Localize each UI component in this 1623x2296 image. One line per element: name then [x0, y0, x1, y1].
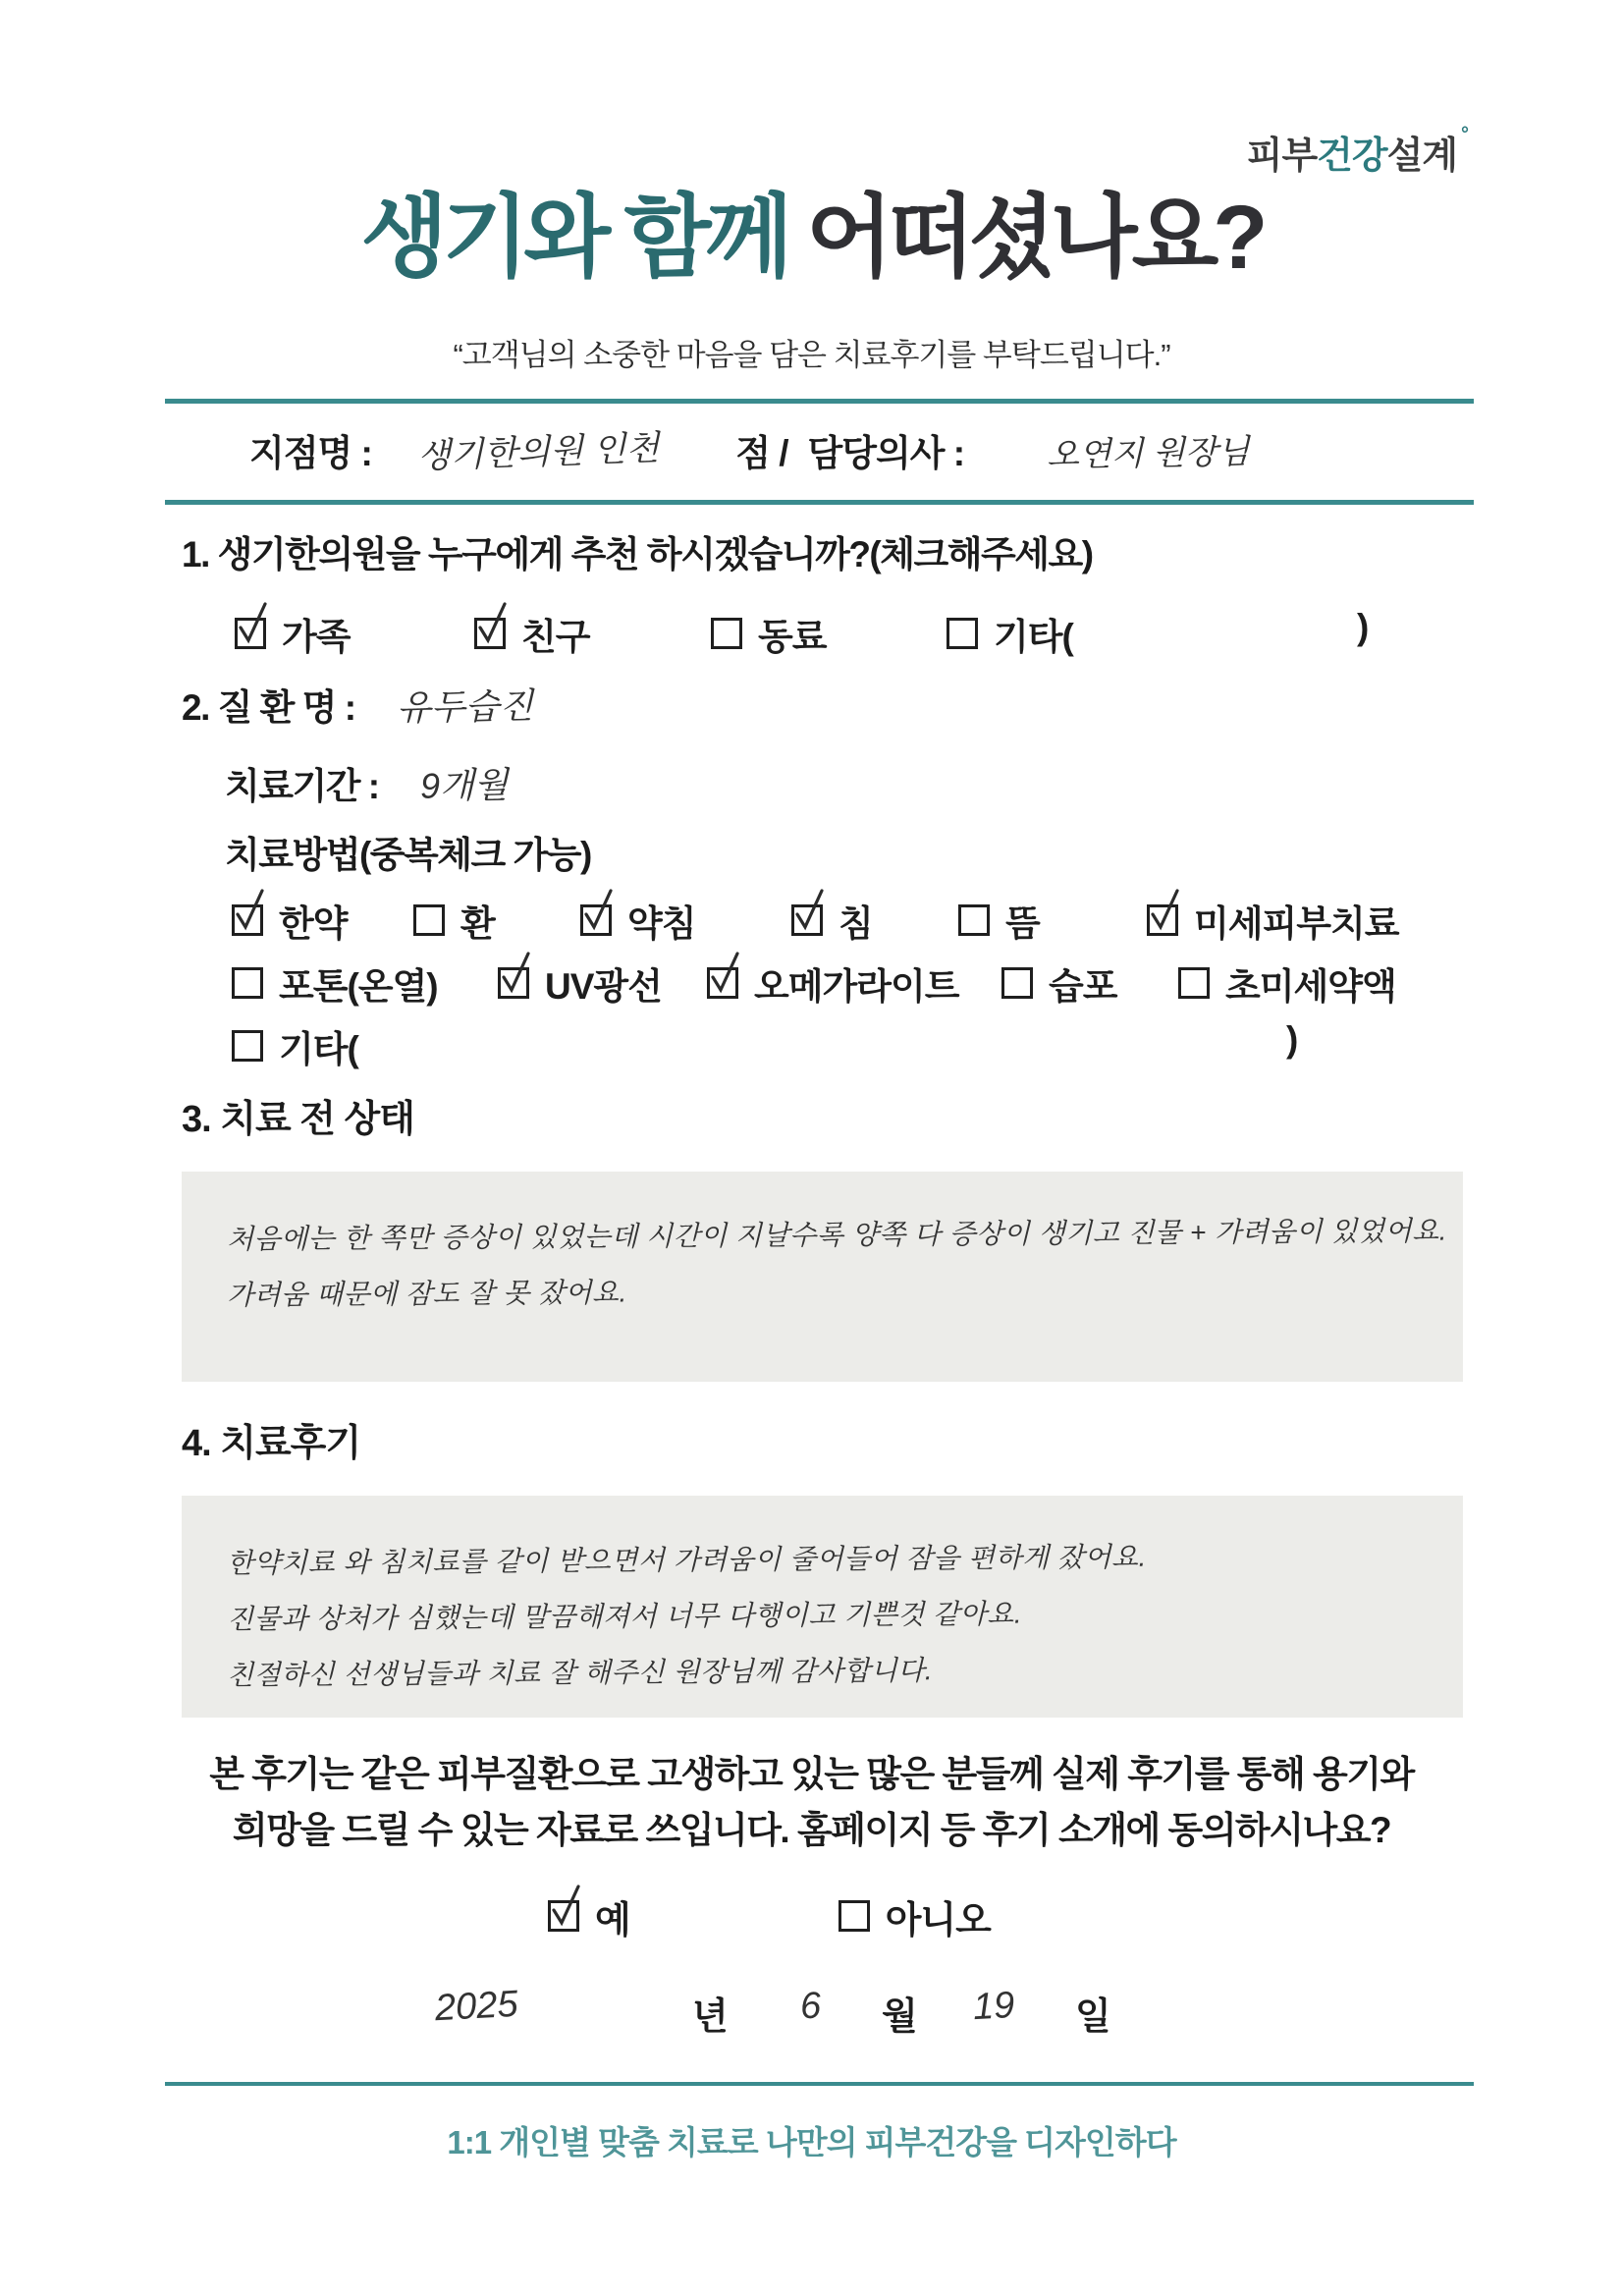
check-mark-icon: [234, 599, 269, 646]
checkbox: [232, 967, 263, 999]
checkbox: [958, 904, 990, 936]
checkbox-label: 기타(: [994, 607, 1073, 660]
checkbox-option: 기타(: [947, 607, 1073, 660]
treatment-methods-row-1: 한약 환 약침: [182, 894, 1466, 958]
checkbox-label: 초미세약액: [1225, 957, 1396, 1010]
page-subtitle: “고객님의 소중한 마음을 담은 치료후기를 부탁드립니다.”: [0, 330, 1623, 374]
checkbox-option: 침: [791, 894, 873, 947]
handwritten-line: 처음에는 한 쪽만 증상이 있었는데 시간이 지날수록 양쪽 다 증상이 생기고…: [227, 1203, 1418, 1267]
checkbox-label: 아니오: [886, 1889, 991, 1943]
checkbox-label: 가족: [282, 607, 350, 660]
checkbox: [1147, 904, 1178, 936]
checkbox: [232, 904, 263, 936]
checkbox-label: 포톤(온열): [279, 957, 438, 1010]
pre-treatment-answer-box: 처음에는 한 쪽만 증상이 있었는데 시간이 지날수록 양쪽 다 증상이 생기고…: [182, 1172, 1463, 1382]
date-day-handwritten: 19: [972, 1985, 1015, 2029]
checkbox: [1178, 967, 1210, 999]
doctor-label: 담당의사 :: [808, 423, 965, 476]
checkbox-label: 환: [460, 894, 495, 947]
checkbox: [474, 618, 506, 649]
doctor-name-handwritten: 오연지 원장님: [1047, 424, 1250, 476]
checkbox-option: 습포: [1001, 957, 1116, 1010]
page-title-teal: 생기와 함께: [360, 188, 786, 288]
checkbox: [711, 618, 742, 649]
checkbox-label: 침: [839, 894, 873, 947]
checkbox-label: 한약: [279, 894, 347, 947]
checkbox-label: 예: [595, 1889, 630, 1943]
disease-name-label: 2. 질 환 명 :: [182, 678, 355, 731]
question-2-disease: 2. 질 환 명 : 유두습진 치료기간 : 9개월 치료방법(중복체크 가능)…: [182, 678, 1466, 1090]
check-mark-icon: [497, 949, 532, 996]
question-4-review: 4. 치료후기 한약치료 와 침치료를 같이 받으면서 가려움이 줄어들어 잠을…: [182, 1412, 1463, 1718]
date-month-label: 월: [882, 1986, 918, 2040]
question-1-recommend: 1. 생기한의원을 누구에게 추천 하시겠습니까?(체크해주세요) ) 가족 친…: [182, 524, 1466, 672]
logo-part-1: 피부: [1247, 136, 1317, 177]
checkbox-option: 예: [548, 1884, 630, 1948]
checkbox-option: 한약: [232, 894, 347, 947]
treatment-methods-row-2: 포톤(온열) UV광선 오메가라이트: [182, 957, 1466, 1021]
checkbox: [947, 618, 978, 649]
handwritten-line: 친절하신 선생님들과 치료 잘 해주신 원장님께 감사합니다.: [227, 1639, 1418, 1703]
checkbox-option: 미세피부치료: [1147, 894, 1398, 947]
checkbox-label: 습포: [1049, 957, 1116, 1010]
handwritten-line: 가려움 때문에 잠도 잘 못 잤어요.: [227, 1259, 1418, 1323]
logo-degree-mark: °: [1461, 124, 1468, 145]
checkbox-label: 뜸: [1005, 894, 1040, 947]
checkbox-label: 동료: [758, 607, 826, 660]
etc-close-paren: ): [1357, 607, 1369, 648]
checkbox: [548, 1900, 579, 1932]
treatment-methods-label: 치료방법(중복체크 가능): [225, 825, 591, 878]
branch-doctor-row: 지점명 : 생기한의원 인천 점 / 담당의사 : 오연지 원장님: [165, 399, 1474, 505]
brand-logo: 피부건강설계°: [1247, 124, 1468, 179]
date-year-handwritten: 2025: [434, 1984, 519, 2030]
checkbox-option: 약침: [580, 894, 695, 947]
checkbox-option: 뜸: [958, 894, 1040, 947]
checkbox: [839, 1900, 870, 1932]
review-answer-box: 한약치료 와 침치료를 같이 받으면서 가려움이 줄어들어 잠을 편하게 잤어요…: [182, 1496, 1463, 1718]
checkbox-option: 아니오: [839, 1884, 991, 1948]
checkbox-label: UV광선: [545, 957, 662, 1010]
treatment-period-label: 치료기간 :: [225, 756, 379, 809]
question-4-heading: 4. 치료후기: [182, 1412, 1463, 1466]
branch-suffix-label: 점 /: [735, 423, 787, 476]
checkbox: [707, 967, 738, 999]
consent-statement: 본 후기는 같은 피부질환으로 고생하고 있는 많은 분들께 실제 후기를 통해…: [0, 1746, 1623, 1859]
checkbox: [235, 618, 266, 649]
handwritten-line: 진물과 상처가 심했는데 말끔해져서 너무 다행이고 기쁜것 같아요.: [227, 1583, 1418, 1647]
checkbox-option: 친구: [474, 607, 589, 660]
checkbox: [498, 967, 529, 999]
date-month-handwritten: 6: [799, 1985, 822, 2028]
checkbox-label: 오메가라이트: [754, 957, 958, 1010]
question-3-pre-treatment: 3. 치료 전 상태 처음에는 한 쪽만 증상이 있었는데 시간이 지날수록 양…: [182, 1088, 1463, 1382]
check-mark-icon: [706, 949, 741, 996]
page-title-dark: 어떠셨나요?: [786, 188, 1262, 288]
checkbox-option: 환: [413, 894, 495, 947]
footer-slogan: 1:1 개인별 맞춤 치료로 나만의 피부건강을 디자인하다: [0, 2117, 1623, 2163]
checkbox-option: 오메가라이트: [707, 957, 958, 1010]
check-mark-icon: [473, 599, 509, 646]
checkbox-option: 포톤(온열): [232, 957, 438, 1010]
check-mark-icon: [790, 886, 826, 933]
treatment-period-handwritten: 9개월: [419, 757, 508, 809]
scanned-review-form: 피부건강설계° 생기와 함께 어떠셨나요? “고객님의 소중한 마음을 담은 치…: [0, 0, 1623, 2296]
checkbox-option: 동료: [711, 607, 826, 660]
logo-part-3: 설계: [1387, 136, 1457, 177]
check-mark-icon: [1146, 886, 1181, 933]
check-mark-icon: [547, 1882, 582, 1929]
checkbox: [580, 904, 612, 936]
disease-name-handwritten: 유두습진: [396, 678, 533, 730]
disease-name-row: 2. 질 환 명 : 유두습진: [182, 678, 533, 731]
consent-line-2: 희망을 드릴 수 있는 자료로 쓰입니다. 홈페이지 등 후기 소개에 동의하시…: [0, 1802, 1623, 1858]
checkbox-option: UV광선: [498, 957, 662, 1010]
checkbox: [1001, 967, 1033, 999]
date-day-label: 일: [1075, 1986, 1111, 2040]
branch-name-handwritten: 생기한의원 인천: [416, 421, 660, 479]
checkbox-label: 기타(: [279, 1019, 358, 1072]
date-year-label: 년: [692, 1986, 729, 2040]
treatment-period-row: 치료기간 : 9개월: [225, 756, 508, 809]
handwritten-line: 한약치료 와 침치료를 같이 받으면서 가려움이 줄어들어 잠을 편하게 잤어요…: [227, 1527, 1418, 1591]
checkbox-option: 초미세약액: [1178, 957, 1396, 1010]
checkbox-label: 약침: [627, 894, 695, 947]
checkbox: [791, 904, 823, 936]
checkbox-option: 기타(: [232, 1019, 358, 1072]
checkbox: [413, 904, 445, 936]
question-1-heading: 1. 생기한의원을 누구에게 추천 하시겠습니까?(체크해주세요): [182, 524, 1466, 577]
branch-name-label: 지점명 :: [249, 423, 372, 476]
question-1-options: ) 가족 친구: [182, 607, 1466, 672]
treatment-methods-row-3: ) 기타(: [182, 1019, 1466, 1084]
checkbox-label: 미세피부치료: [1194, 894, 1398, 947]
question-3-heading: 3. 치료 전 상태: [182, 1088, 1463, 1142]
checkbox: [232, 1030, 263, 1062]
date-row: 2025 년 6 월 19 일: [435, 1986, 1181, 2054]
etc-close-paren: ): [1286, 1019, 1298, 1061]
logo-part-2: 건강: [1317, 136, 1386, 177]
checkbox-label: 친구: [521, 607, 589, 660]
check-mark-icon: [579, 886, 615, 933]
check-mark-icon: [231, 886, 266, 933]
page-title: 생기와 함께 어떠셨나요?: [0, 189, 1623, 288]
footer-divider: [165, 2082, 1474, 2086]
checkbox-option: 가족: [235, 607, 350, 660]
consent-options: 예 아니오: [548, 1884, 991, 1948]
consent-line-1: 본 후기는 같은 피부질환으로 고생하고 있는 많은 분들께 실제 후기를 통해…: [0, 1746, 1623, 1802]
